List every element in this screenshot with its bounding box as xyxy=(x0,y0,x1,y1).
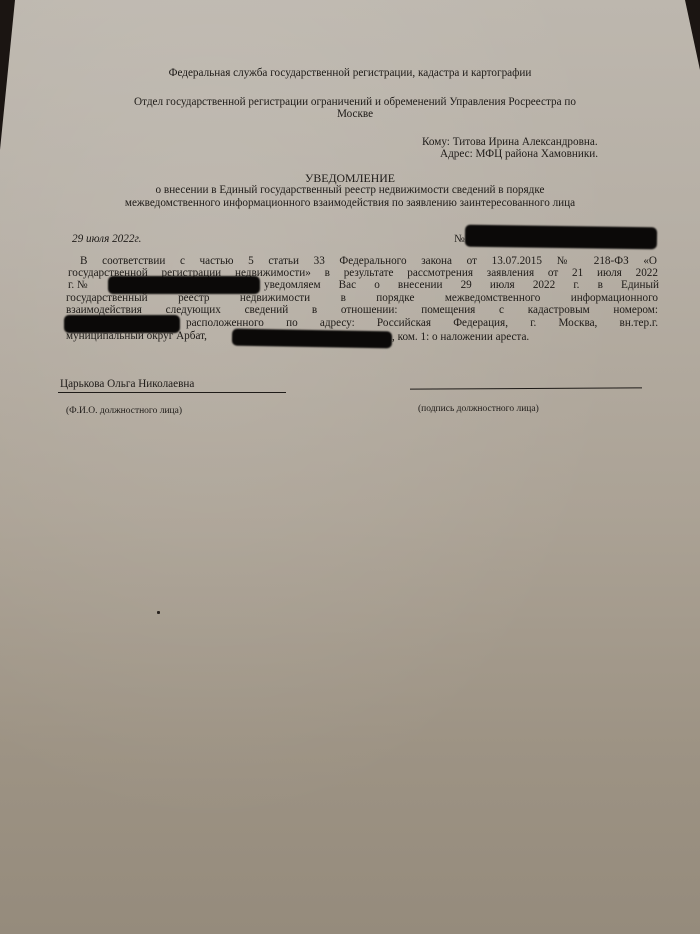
official-name: Царькова Ольга Николаевна xyxy=(60,378,194,391)
redacted-street-address xyxy=(232,329,392,349)
paper-speck xyxy=(157,611,160,614)
recipient-address: Адрес: МФЦ района Хамовники. xyxy=(440,148,598,161)
body-line-7a: муниципальный округ Арбат, xyxy=(66,330,207,343)
body-line-7b: , ком. 1: о наложении ареста. xyxy=(392,331,529,344)
paper-sheet: Федеральная служба государственной регис… xyxy=(0,0,700,934)
signature-caption: (подпись должностного лица) xyxy=(418,403,539,416)
department-line-2: Москве xyxy=(75,108,635,121)
body-line-3b: уведомляем Вас о внесении 29 июля 2022 г… xyxy=(264,279,659,292)
official-name-underline xyxy=(58,392,286,393)
document-date: 29 июля 2022г. xyxy=(72,233,141,246)
document-subtitle-line-2: межведомственного информационного взаимо… xyxy=(20,197,680,210)
agency-name: Федеральная служба государственной регис… xyxy=(0,67,700,80)
body-line-3a: г. № xyxy=(68,279,88,292)
redacted-document-number xyxy=(465,225,657,250)
official-name-caption: (Ф.И.О. должностного лица) xyxy=(66,405,182,418)
signature-line xyxy=(410,387,642,390)
document-subtitle-line-1: о внесении в Единый государственный реес… xyxy=(0,184,700,197)
document-number-label: № xyxy=(454,233,465,246)
